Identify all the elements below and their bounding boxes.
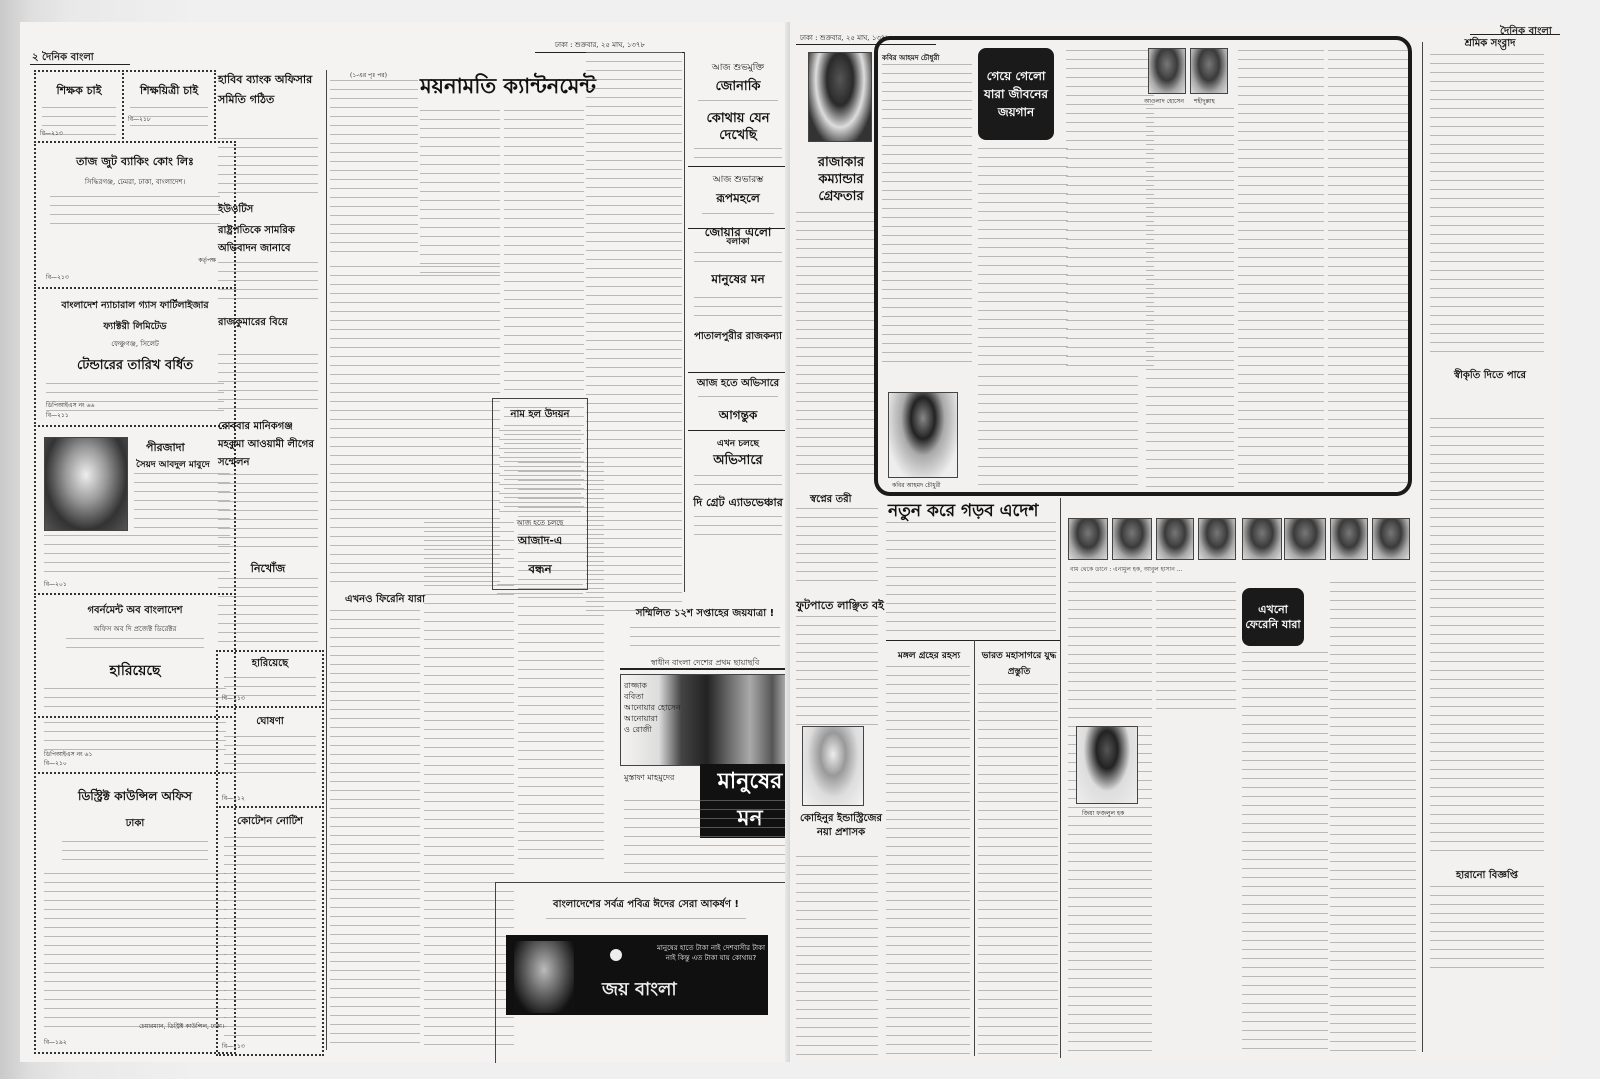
article-body bbox=[218, 354, 318, 412]
ad-subtitle: ফ্যাক্টরী লিমিটেড bbox=[36, 320, 234, 335]
ad-body-2 bbox=[44, 535, 230, 580]
box-title: নাম হল উদয়ন bbox=[493, 407, 587, 424]
missing-person-photo bbox=[1198, 518, 1236, 560]
film-title: জয় বাংলা bbox=[602, 975, 677, 1006]
still-missing-title-box: এখনো ফেরেনি যারা bbox=[1242, 588, 1304, 646]
portrait-photo-1 bbox=[1148, 48, 1186, 94]
missing-person-photo bbox=[1372, 518, 1410, 560]
shrine-photo bbox=[44, 437, 128, 531]
feature-body bbox=[978, 376, 1138, 486]
film-title: মানুষের মন bbox=[688, 271, 788, 291]
ad-title: গবর্নমেন্ট অব বাংলাদেশ bbox=[36, 603, 234, 620]
district-council-ad: ডিস্ট্রিক্ট কাউন্সিল অফিস ঢাকা চেয়ারম্য… bbox=[34, 772, 236, 1054]
cinema-label: আজ হতে অভিসারে bbox=[688, 376, 788, 393]
article-body bbox=[218, 138, 318, 196]
jonaki-cinema-ad: আজ শুভমুক্তি জোনাকি কোথায় যেন দেখেছি bbox=[688, 60, 788, 178]
ad-title: তাজ জুট ব্যাকিং কোং লিঃ bbox=[36, 153, 234, 172]
kohinoor-official-photo bbox=[802, 726, 864, 806]
headline-footpath: ফুটপাতে লাঞ্ছিত বই bbox=[796, 597, 884, 616]
ad-ref: বি—১৯২ bbox=[44, 1037, 67, 1048]
balaka-cinema-ad: বলাকা মানুষের মন পাতালপুরীর রাজকন্যা bbox=[688, 234, 788, 344]
article-body bbox=[330, 80, 418, 260]
article-body bbox=[796, 212, 878, 482]
ad-title: শিক্ষয়িত্রী চাই bbox=[124, 82, 214, 101]
ad-summary bbox=[62, 841, 208, 865]
ad-signed: কর্তৃপক্ষ bbox=[198, 255, 216, 266]
cinema-details bbox=[694, 516, 782, 540]
missing-person-photo bbox=[1284, 518, 1326, 560]
ad-title: বাংলাদেশ ন্যাচারাল গ্যাস ফার্টিলাইজার bbox=[36, 299, 234, 314]
article-body bbox=[218, 262, 318, 302]
ad-address bbox=[66, 638, 204, 656]
headline-rashtrapati: রাষ্ট্রপতিকে সামরিক অভিবাদন জানাবে bbox=[218, 222, 318, 258]
cast-name: রাজ্জাক bbox=[624, 680, 681, 691]
article-body bbox=[330, 610, 420, 1050]
column-rule bbox=[684, 52, 685, 592]
feature-body bbox=[882, 64, 972, 364]
header-rule bbox=[1470, 34, 1560, 35]
ad-body bbox=[50, 196, 220, 226]
article-body bbox=[1430, 886, 1544, 976]
article-body bbox=[218, 578, 318, 644]
ad-title: ঘোষণা bbox=[218, 714, 322, 731]
director-credit: মুস্তাফা মাহমুদের bbox=[624, 772, 674, 785]
film-title: বন্ধন bbox=[493, 561, 587, 581]
showtimes bbox=[702, 213, 774, 221]
cinema-label: আজ শুভারম্ভ bbox=[688, 172, 788, 187]
headline-kohinoor: কোহিনুর ইন্ডাস্ট্রিজের নয়া প্রশাসক bbox=[798, 812, 884, 840]
great-adventure-cinema-ad: এখন চলছে অভিসারে দি গ্রেট এ্যাডভেঞ্চার bbox=[688, 436, 788, 543]
feature-body bbox=[978, 148, 1068, 368]
cinema-rule bbox=[688, 430, 788, 431]
actor-photo bbox=[514, 941, 574, 1013]
headline-worker-news: শ্রমিক সংবাদ bbox=[1430, 36, 1550, 53]
cinema-details bbox=[694, 148, 782, 174]
ad-headline: সম্মিলিত ১২শ সপ্তাহের জয়যাত্রা ! bbox=[610, 606, 800, 623]
article-body bbox=[886, 522, 1056, 632]
showtimes bbox=[694, 252, 782, 268]
film-title: কোথায় যেন দেখেছি bbox=[688, 110, 788, 144]
name-change-box: নাম হল উদয়ন আজ হতে চলছে আজাদ-এ বন্ধন bbox=[492, 398, 588, 590]
ad-place: ফেঞ্চুগঞ্জ, সিলেট bbox=[36, 338, 234, 350]
azad-cinema-ad: আজ হতে চলছে আজাদ-এ বন্ধন bbox=[493, 517, 587, 605]
cinema-hall: বলাকা bbox=[688, 234, 788, 249]
feature-title-box: গেয়ে গেলো যারা জীবনের জয়গান bbox=[978, 48, 1054, 140]
ad-subline bbox=[546, 918, 746, 926]
govt-lost-ad: গবর্নমেন্ট অব বাংলাদেশ অফিস অব দি প্রজেক… bbox=[34, 593, 236, 718]
left-newspaper-page: ২ দৈনিক বাংলা ঢাকা : শুক্রবার, ২৫ মাঘ, ১… bbox=[20, 22, 790, 1062]
announcement-ad: ঘোষণা বি—২১২ bbox=[216, 706, 324, 808]
ad-headline: টেন্ডারের তারিখ বর্ধিত bbox=[36, 356, 234, 377]
column-rule bbox=[1060, 498, 1061, 1058]
article-body bbox=[796, 616, 878, 726]
feature-body bbox=[1328, 50, 1408, 490]
feature-title: গেয়ে গেলো যারা জীবনের জয়গান bbox=[978, 67, 1054, 121]
header-rule bbox=[30, 64, 130, 65]
photo-caption: কবির আহমদ চৌধুরী bbox=[892, 480, 941, 491]
ad-title: পীরজাদা bbox=[146, 439, 185, 458]
cinema-hall: রূপমহলে bbox=[688, 190, 788, 210]
govt-lost-ad-cont: ডিপিআইএস নং ৬১ বি—২১০ bbox=[34, 716, 236, 774]
film-banner: মানুষের হাতে টাকা নাই দেশবাসীর টাকা নাই … bbox=[506, 935, 768, 1015]
still-missing-title: এখনো ফেরেনি যারা bbox=[1242, 602, 1304, 632]
article-body bbox=[1430, 418, 1544, 858]
missing-person-photo bbox=[1112, 518, 1152, 560]
ad-headline: বাংলাদেশের সর্বত্র পবিত্র ঈদের সেরা আকর্… bbox=[496, 897, 796, 914]
cinema-hall: আজাদ-এ bbox=[493, 532, 587, 551]
missing-person-photo bbox=[1156, 518, 1194, 560]
cast-name: ও রোজী bbox=[624, 724, 681, 735]
taj-jute-ad: তাজ জুট ব্যাকিং কোং লিঃ সিদ্ধিরগঞ্জ, ঢেম… bbox=[34, 141, 236, 289]
right-newspaper-page: ঢাকা : শুক্রবার, ২৫ মাঘ, ১৩৭৮ দৈনিক বাংল… bbox=[790, 22, 1560, 1062]
ad-ref: বি—২১৩ bbox=[222, 693, 245, 704]
cinema-hall: জোনাকি bbox=[688, 77, 788, 98]
ad-tagline bbox=[630, 627, 780, 653]
ad-body bbox=[224, 837, 316, 1043]
article-body bbox=[796, 508, 878, 588]
cinema-label: আজ হতে চলছে bbox=[493, 517, 587, 529]
cinema-rule bbox=[688, 372, 788, 373]
abhisar-cinema-ad: আজ হতে অভিসারে আগন্তুক bbox=[688, 376, 788, 427]
ad-body bbox=[134, 473, 230, 529]
ad-body bbox=[44, 722, 226, 752]
film-title: দি গ্রেট এ্যাডভেঞ্চার bbox=[688, 494, 788, 513]
cast-name: ববিতা bbox=[624, 691, 681, 702]
pirzada-ad: পীরজাদা সৈয়দ আবদুল মাবুদে বি—২০১ bbox=[34, 425, 236, 595]
feature-body bbox=[1146, 108, 1234, 488]
ad-ref: বি—২১৩ bbox=[40, 128, 63, 139]
headline-manikganj: রোববার মানিকগঞ্জ মহকুমা আওয়ামী লীগের সম… bbox=[218, 418, 318, 472]
ad-signed: চেয়ারম্যান, ডিস্ট্রিক্ট কাউন্সিল, ঢাকা। bbox=[139, 1021, 224, 1032]
ad-headline: হারিয়েছে bbox=[36, 659, 234, 683]
moon-icon bbox=[610, 949, 622, 961]
ad-ref: বি—২১৩ bbox=[222, 1041, 245, 1052]
article-body bbox=[1242, 652, 1328, 1052]
photo-caption: শহীদুল্লাহ bbox=[1194, 96, 1215, 107]
box-body bbox=[499, 430, 581, 518]
article-body bbox=[1330, 582, 1416, 1052]
missing-person-photo bbox=[1068, 518, 1108, 560]
cinema-details bbox=[497, 584, 583, 602]
headline-recognize: স্বীকৃতি দিতে পারে bbox=[1440, 364, 1540, 388]
showtimes bbox=[694, 475, 782, 491]
portrait-photo-2 bbox=[1190, 48, 1228, 94]
date-line: ঢাকা : শুক্রবার, ২৫ মাঘ, ১৩৭৮ bbox=[555, 39, 645, 51]
film-title: পাতালপুরীর রাজকন্যা bbox=[688, 329, 788, 344]
cinema-label: আজ শুভমুক্তি bbox=[688, 60, 788, 75]
ad-ref: বি—২১৮ bbox=[128, 114, 151, 125]
photo-caption: জিয়া ফজলুল হক bbox=[1082, 808, 1124, 819]
cast-list: রাজ্জাক ববিতা আনোয়ার হোসেন আনোয়ারা ও র… bbox=[624, 680, 681, 735]
tutor-wanted-ad: শিক্ষয়িত্রী চাই বি—২১৮ bbox=[122, 70, 216, 143]
feature-body bbox=[1238, 50, 1324, 490]
ad-body bbox=[224, 736, 316, 781]
kabir-chowdhury-photo bbox=[888, 392, 958, 478]
article-body bbox=[218, 474, 318, 554]
feature-body bbox=[1066, 50, 1154, 370]
article-body bbox=[420, 110, 500, 280]
column-rule bbox=[1422, 42, 1423, 1052]
article-body bbox=[1156, 582, 1236, 712]
article-body bbox=[886, 666, 970, 1056]
headline-indian-ocean: ভারত মহাসাগরে যুদ্ধ প্রস্তুতি bbox=[978, 648, 1060, 680]
missing-person-photo bbox=[1242, 518, 1282, 560]
ad-body bbox=[44, 873, 226, 1033]
article-body bbox=[1430, 54, 1544, 354]
fertilizer-tender-ad: বাংলাদেশ ন্যাচারাল গ্যাস ফার্টিলাইজার ফ্… bbox=[34, 287, 236, 427]
quotation-notice-ad: কোটেশন নোটিশ বি—২১৩ bbox=[216, 806, 324, 1056]
ad-ref: বি—২০১ bbox=[44, 579, 67, 590]
film-title: আগন্তুক bbox=[688, 407, 788, 427]
ad-rule bbox=[620, 668, 790, 670]
ad-address: সিদ্ধিরগঞ্জ, ঢেমরা, ঢাকা, বাংলাদেশ। bbox=[36, 176, 234, 188]
teacher-wanted-ad: শিক্ষক চাই বি—২১৩ bbox=[34, 70, 124, 143]
ad-title: ডিস্ট্রিক্ট কাউন্সিল অফিস bbox=[36, 788, 234, 808]
photo-strip-caption: বাম থেকে ডানে : এনামুল হক, আবুল হাসান ..… bbox=[1070, 564, 1410, 575]
feature-kicker: কবির আহমদ চৌধুরী bbox=[882, 52, 939, 64]
ad-subtitle: সৈয়দ আবদুল মাবুদে bbox=[136, 457, 210, 472]
cinema-label: এখন চলছে bbox=[688, 436, 788, 451]
ad-slogan: মানুষের হাতে টাকা নাই দেশবাসীর টাকা নাই … bbox=[656, 943, 766, 963]
ad-ref: বি—২১১ bbox=[46, 410, 69, 421]
article-body bbox=[796, 856, 878, 1056]
cinema-rule bbox=[688, 228, 788, 229]
zia-fazlul-haq-photo bbox=[1076, 726, 1138, 804]
lost-small-ad: হারিয়েছে বি—২১৩ bbox=[216, 650, 324, 708]
headline-mars: মঙ্গল গ্রহের রহস্য bbox=[886, 648, 972, 663]
column-rule bbox=[326, 70, 327, 1050]
section-rule bbox=[886, 640, 1060, 641]
cast-name: আনোয়ার হোসেন bbox=[624, 702, 681, 713]
article-body bbox=[978, 684, 1058, 1054]
headline-lost-notice: হারানো বিজ্ঞপ্তি bbox=[1430, 868, 1544, 885]
headline-unctad: ইউওটিস bbox=[218, 202, 253, 219]
ad-title: হারিয়েছে bbox=[218, 656, 322, 673]
cinema-hall: অভিসারে bbox=[688, 451, 788, 472]
showtimes bbox=[698, 396, 778, 404]
joy-bangla-film-ad: বাংলাদেশের সর্বত্র পবিত্র ঈদের সেরা আকর্… bbox=[495, 882, 796, 1063]
ad-ref: বি—২১৩ bbox=[46, 272, 69, 283]
ad-title: শিক্ষক চাই bbox=[36, 82, 122, 101]
column-rule bbox=[974, 640, 975, 1056]
headline-prince: রাজকুমারের বিয়ে bbox=[218, 314, 318, 332]
cast-name: আনোয়ারা bbox=[624, 713, 681, 724]
showtimes bbox=[698, 100, 778, 108]
ad-body bbox=[44, 688, 226, 714]
ad-title: কোটেশন নোটিশ bbox=[218, 814, 322, 831]
headline-sweet-dream: স্বপ্নের তরী bbox=[810, 492, 852, 509]
showtimes bbox=[624, 800, 794, 880]
manusher-mon-film-ad: সম্মিলিত ১২শ সপ্তাহের জয়যাত্রা ! স্বাধী… bbox=[610, 600, 800, 890]
headline-razakar: রাজাকার কম্যান্ডার গ্রেফতার bbox=[798, 154, 884, 205]
cinema-rule bbox=[688, 166, 788, 167]
razakar-photo bbox=[808, 52, 872, 142]
missing-person-photo bbox=[1330, 518, 1368, 560]
ad-ref: বি—২১২ bbox=[222, 793, 245, 804]
ad-ref: বি—২১০ bbox=[44, 758, 67, 769]
ad-subtitle: অফিস অব দি প্রজেক্ট ডিরেক্টর bbox=[36, 623, 234, 635]
cinema-details bbox=[694, 297, 782, 323]
headline-habib-bank: হাবিব ব্যাংক অফিসার সমিতি গঠিত bbox=[218, 70, 318, 110]
headline-missing: নিখোঁজ bbox=[218, 560, 318, 579]
photo-caption: আওলাদ হোসেন bbox=[1144, 96, 1184, 107]
ad-subtitle: ঢাকা bbox=[36, 816, 234, 833]
